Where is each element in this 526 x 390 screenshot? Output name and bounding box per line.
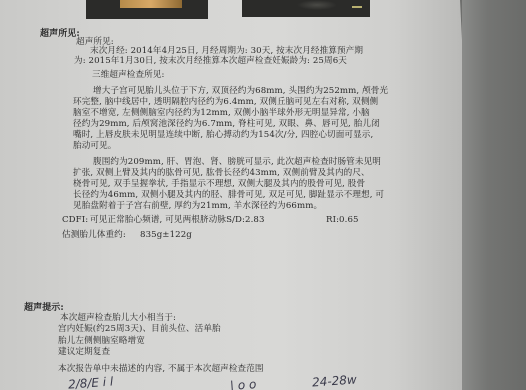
para2-line: 扩张, 双侧上臂及其内的肱骨可见, 肱骨长径约43mm, 双侧前臂及其内的尺、 (73, 168, 370, 179)
weight-label: 估测胎儿体重约: (62, 230, 126, 241)
conclusion-line: 本次超声检查胎儿大小相当于: (60, 313, 176, 324)
para2-line: 桡骨可见, 双手呈握拳状, 手指显示不理想, 双侧大腿及其内的股骨可见, 股骨 (73, 179, 365, 190)
handwritten-note-left: 2/8/E i l (68, 374, 114, 390)
conclusion-line: 胎儿左侧侧脑室略增宽 (58, 336, 145, 347)
weight-value: 835g±122g (140, 230, 192, 241)
handwritten-note-middle: | o o (230, 377, 257, 390)
conclusion-line: 宫内妊娠(约25周3天)、目前头位、活单胎 (58, 324, 221, 335)
para1-line: 脑室不增宽, 左侧侧脑室内径约为12mm, 双侧小脑半球外形无明显异常, 小脑 (73, 108, 370, 119)
para2-line: 长径约为46mm, 双侧小腿及其内的胫、腓骨可见, 双足可见, 脚趾显示不理想,… (73, 190, 384, 201)
ultrasound-image-right (242, 0, 370, 17)
disclaimer: 本次报告单中未描述的内容, 不属于本次超声检查范围 (58, 364, 264, 375)
ultrasound-image-left (86, 0, 208, 19)
cdfi-text: 可见正常胎心频谱, 可见两根脐动脉S/D:2.83 (90, 215, 265, 226)
para2-line: 腹围约为209mm, 肝、胃泡、肾、膀胱可显示, 此次超声检查时肠管未见明 (93, 157, 381, 168)
cdfi-label: CDFI: (62, 215, 88, 226)
lmp-line-2: 为: 2015年1月30日, 按末次月经推算本次超声检查妊娠龄为: 25周6天 (74, 56, 347, 67)
threed-heading: 三维超声检查所见: (92, 70, 165, 81)
conclusion-heading: 超声提示: (24, 303, 64, 314)
ri-value: RI:0.65 (326, 215, 359, 226)
para1-line: 环完整, 脑中线居中, 透明隔腔内径约为6.4mm, 双侧丘脑可见左右对称, 双… (73, 97, 378, 108)
para1-line: 嘴时, 上唇皮肤未见明显连续中断, 胎心搏动约为154次/分, 四腔心切面可显示… (73, 130, 373, 141)
background-surface (462, 0, 526, 390)
conclusion-line: 建议定期复查 (58, 347, 110, 358)
para2-line: 见胎盘附着于子宫右前壁, 厚约为21mm, 羊水深径约为66mm。 (73, 201, 322, 212)
para1-line: 增大子宫可见胎儿头位于下方, 双顶径约为68mm, 头围约为252mm, 颅骨光 (93, 86, 388, 97)
para1-line: 径约为29mm, 后颅窝池深径约为6.7mm, 脊柱可见, 双眼、鼻、唇可见, … (73, 119, 380, 130)
para1-line: 胎动可见。 (73, 141, 116, 152)
findings-heading: 超声所见: (40, 29, 80, 40)
